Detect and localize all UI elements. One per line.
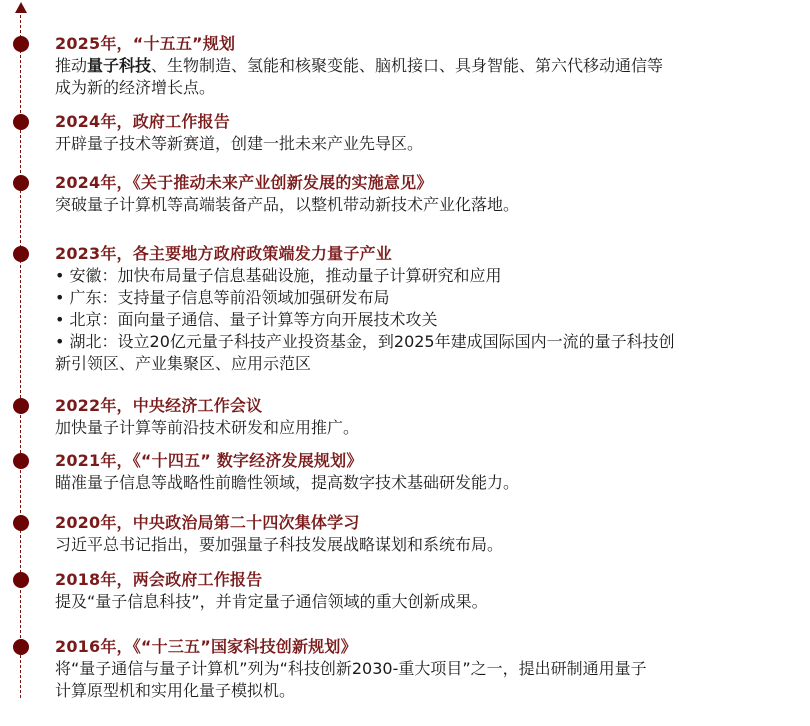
timeline-dot-icon: [13, 453, 29, 469]
bullet-item-hubei: • 湖北：设立20亿元量子科技产业投资基金，到2025年建成国际国内一流的量子科…: [55, 331, 800, 353]
bullet-item-hubei-cont: 新引领区、产业集聚区、应用示范区: [55, 353, 800, 375]
entry-heading: 2023年，各主要地方政府政策端发力量子产业: [55, 243, 800, 265]
entry-heading: 2018年，两会政府工作报告: [55, 569, 800, 591]
entry-heading: 2020年，中央政治局第二十四次集体学习: [55, 512, 800, 534]
timeline-entry-2021: 2021年，《“十四五” 数字经济发展规划》 瞄准量子信息等战略性前瞻性领域，提…: [55, 450, 800, 494]
body-bold-keyword: 量子科技: [87, 56, 151, 75]
entry-body-line: 推动量子科技、生物制造、氢能和核聚变能、脑机接口、具身智能、第六代移动通信等: [55, 55, 800, 77]
bullet-item-anhui: • 安徽：加快布局量子信息基础设施，推动量子计算研究和应用: [55, 265, 800, 287]
entry-heading: 2022年，中央经济工作会议: [55, 395, 800, 417]
entry-body-line: 瞄准量子信息等战略性前瞻性领域，提高数字技术基础研发能力。: [55, 472, 800, 494]
bullet-item-guangdong: • 广东：支持量子信息等前沿领域加强研发布局: [55, 287, 800, 309]
entry-heading: 2021年，《“十四五” 数字经济发展规划》: [55, 450, 800, 472]
timeline-entry-2016: 2016年，《“十三五”国家科技创新规划》 将“量子通信与量子计算机”列为“科技…: [55, 636, 800, 702]
entry-heading: 2024年，政府工作报告: [55, 111, 800, 133]
timeline-entry-2025: 2025年，“十五五”规划 推动量子科技、生物制造、氢能和核聚变能、脑机接口、具…: [55, 33, 800, 99]
timeline-dot-icon: [13, 36, 29, 52]
timeline-entry-2020: 2020年，中央政治局第二十四次集体学习 习近平总书记指出，要加强量子科技发展战…: [55, 512, 800, 556]
timeline-dot-icon: [13, 175, 29, 191]
timeline-entry-2023: 2023年，各主要地方政府政策端发力量子产业 • 安徽：加快布局量子信息基础设施…: [55, 243, 800, 375]
arrow-up-icon: [15, 2, 27, 13]
entry-body-line: 计算原型机和实用化量子模拟机。: [55, 680, 800, 702]
entry-body-line: 将“量子通信与量子计算机”列为“科技创新2030-重大项目”之一，提出研制通用量…: [55, 658, 800, 680]
timeline-entry-2018: 2018年，两会政府工作报告 提及“量子信息科技”，并肯定量子通信领域的重大创新…: [55, 569, 800, 613]
entry-body-line: 习近平总书记指出，要加强量子科技发展战略谋划和系统布局。: [55, 534, 800, 556]
entry-body-line: 开辟量子技术等新赛道，创建一批未来产业先导区。: [55, 133, 800, 155]
entry-body-line: 成为新的经济增长点。: [55, 77, 800, 99]
timeline-dot-icon: [13, 572, 29, 588]
entry-body-line: 提及“量子信息科技”，并肯定量子通信领域的重大创新成果。: [55, 591, 800, 613]
timeline-entry-2024-report: 2024年，政府工作报告 开辟量子技术等新赛道，创建一批未来产业先导区。: [55, 111, 800, 155]
timeline-entry-2022: 2022年，中央经济工作会议 加快量子计算等前沿技术研发和应用推广。: [55, 395, 800, 439]
body-suffix: 、生物制造、氢能和核聚变能、脑机接口、具身智能、第六代移动通信等: [151, 56, 663, 75]
timeline-dot-icon: [13, 246, 29, 262]
timeline-dot-icon: [13, 639, 29, 655]
entry-body-line: 突破量子计算机等高端装备产品，以整机带动新技术产业化落地。: [55, 194, 800, 216]
timeline-entry-2024-opinion: 2024年，《关于推动未来产业创新发展的实施意见》 突破量子计算机等高端装备产品…: [55, 172, 800, 216]
timeline-dot-icon: [13, 398, 29, 414]
body-prefix: 推动: [55, 56, 87, 75]
bullet-item-beijing: • 北京：面向量子通信、量子计算等方向开展技术攻关: [55, 309, 800, 331]
timeline-dot-icon: [13, 114, 29, 130]
entry-heading: 2024年，《关于推动未来产业创新发展的实施意见》: [55, 172, 800, 194]
entry-heading: 2025年，“十五五”规划: [55, 33, 800, 55]
entry-body-line: 加快量子计算等前沿技术研发和应用推广。: [55, 417, 800, 439]
timeline-dot-icon: [13, 515, 29, 531]
entry-heading: 2016年，《“十三五”国家科技创新规划》: [55, 636, 800, 658]
